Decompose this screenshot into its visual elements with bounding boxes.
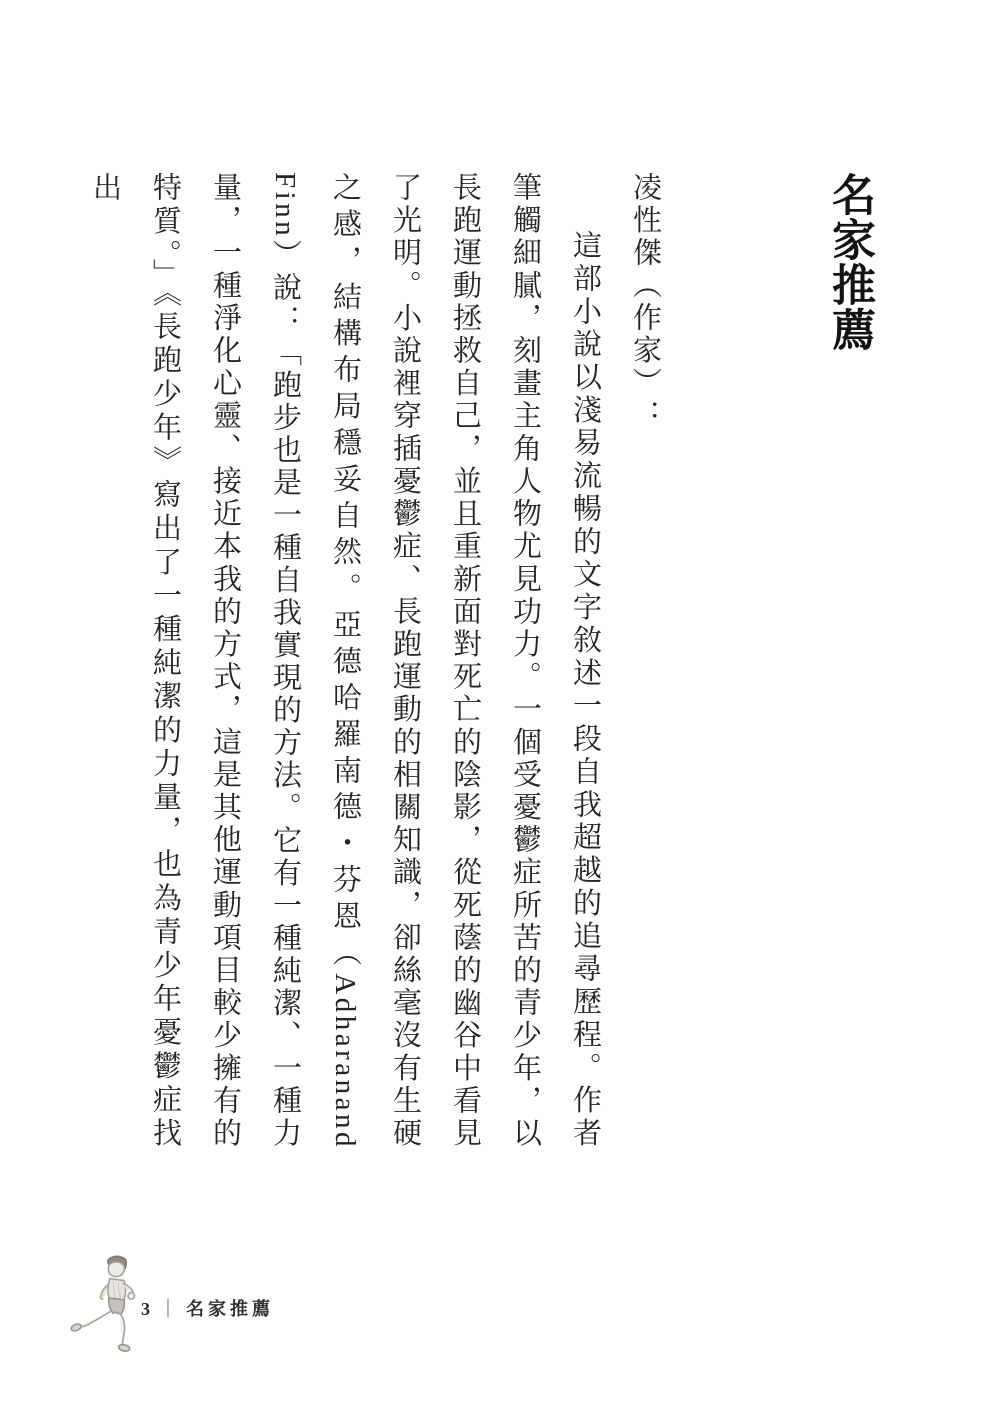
page-number: 3 <box>141 1299 150 1320</box>
footer-section-label: 名家推薦 <box>186 1295 274 1321</box>
vertical-text-block: 名家推薦 凌性傑（作家）： 這部小說以淺易流暢的文字敘述一段自我超越的追尋歷程。… <box>75 172 885 1150</box>
page-title: 名家推薦 <box>813 172 885 1150</box>
page-footer: 3 ｜ 名家推薦 <box>0 1245 1000 1365</box>
recommendation-paragraph: 這部小說以淺易流暢的文字敘述一段自我超越的追尋歷程。作者筆觸細膩，刻畫主角人物尤… <box>75 172 615 1150</box>
footer-caption: 3 ｜ 名家推薦 <box>141 1295 274 1321</box>
author-line: 凌性傑（作家）： <box>615 172 675 1150</box>
book-page: 名家推薦 凌性傑（作家）： 這部小說以淺易流暢的文字敘述一段自我超越的追尋歷程。… <box>0 0 1000 1411</box>
footer-separator: ｜ <box>159 1295 177 1321</box>
recommendation-text: 凌性傑（作家）： 這部小說以淺易流暢的文字敘述一段自我超越的追尋歷程。作者筆觸細… <box>75 172 675 1150</box>
